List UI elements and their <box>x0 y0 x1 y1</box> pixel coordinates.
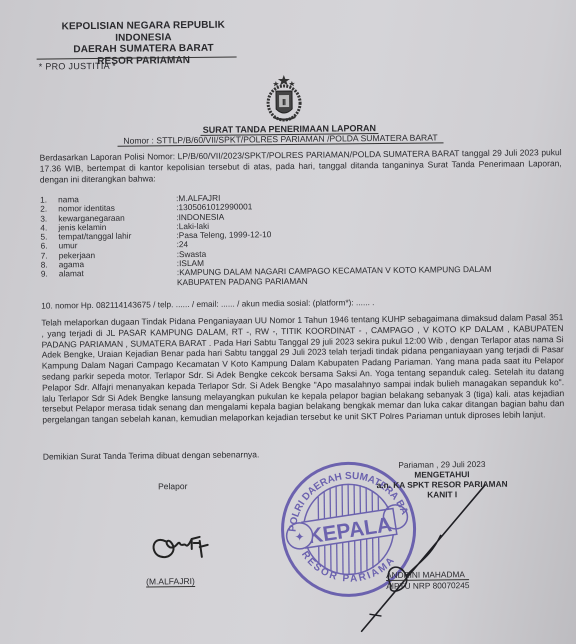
field-row: 9.alamat:KAMPUNG DALAM NAGARI CAMPAGO KE… <box>41 265 557 289</box>
pro-justitia: * PRO JUSTITIA * <box>39 61 116 72</box>
document-page: KEPOLISIAN NEGARA REPUBLIK INDONESIA DAE… <box>0 0 576 644</box>
officer-signature-icon <box>350 465 492 636</box>
reporter-role: Pelapor <box>158 481 187 491</box>
field-value: :KAMPUNG DALAM NAGARI CAMPAGO KECAMATAN … <box>177 265 507 287</box>
reporter-identity-list: 1.nama:M.ALFAJRI 2.nomor identitas:13050… <box>40 190 557 288</box>
police-emblem-icon: Ⅱ <box>259 73 310 124</box>
signature-icon <box>143 513 224 564</box>
incident-description: Telah melaporkan dugaan Tindak Pidana Pe… <box>41 312 564 425</box>
contact-line: 10. nomor Hp. 082114143675 / telp. .....… <box>41 297 374 310</box>
letterhead-line-1: KEPOLISIAN NEGARA REPUBLIK INDONESIA <box>38 19 248 44</box>
field-label: alamat <box>59 269 177 289</box>
document-number: Nomor : STTLP/B/60/VII/SPKT/POLRES PARIA… <box>117 132 443 146</box>
officer-rank-nrp: AIPTU NRP 80070245 <box>386 580 469 591</box>
closing-statement: Demikian Surat Tanda Terima dibuat denga… <box>43 449 260 461</box>
intro-paragraph: Berdasarkan Laporan Polisi Nomor: LP/B/6… <box>40 147 562 185</box>
field-number: 9. <box>41 270 59 289</box>
officer-name: ANDRINI MAHADMA <box>386 569 469 581</box>
svg-text:Ⅱ: Ⅱ <box>282 98 286 107</box>
officer-identity: ANDRINI MAHADMA AIPTU NRP 80070245 <box>386 569 470 591</box>
reporter-name: (M.ALFAJRI) <box>146 576 195 588</box>
